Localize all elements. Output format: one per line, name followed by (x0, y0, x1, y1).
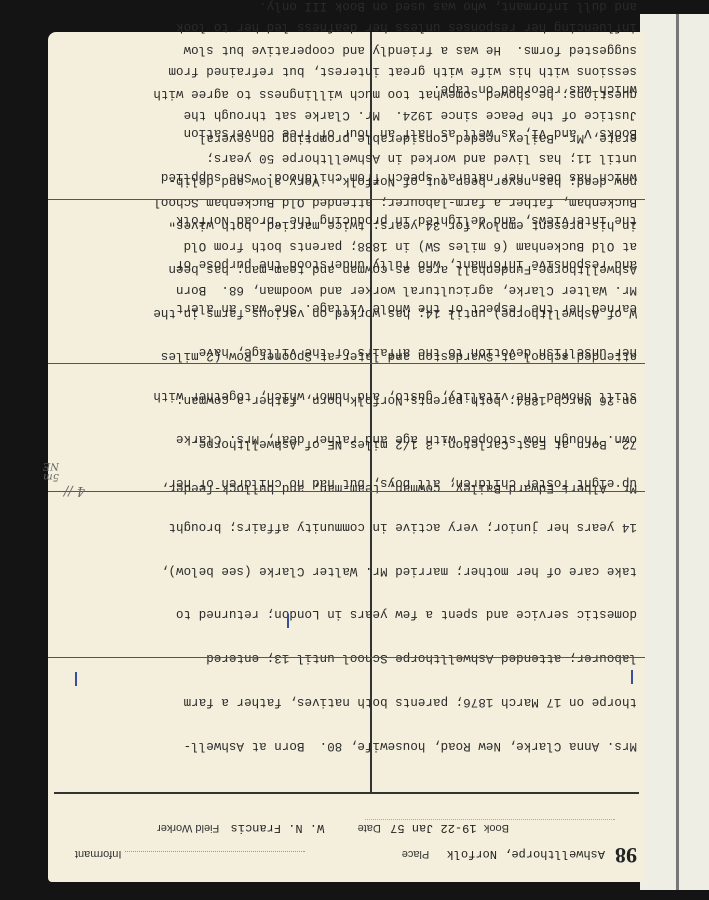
text-line: at Old Buckenham (6 miles SW) in 1888; p… (57, 238, 637, 253)
place-value: Ashwellthorpe, Norfolk (447, 847, 605, 861)
place-row: Ashwellthorpe, Norfolk Place (402, 847, 605, 862)
text-line: Mr. Albert Edward Bailey, cowman, team-m… (57, 480, 637, 495)
place-label: Place (402, 848, 430, 860)
text-line: 72. Born at East Carleton, 3 1/2 miles N… (57, 436, 637, 451)
blue-correction-mark (631, 670, 633, 684)
book-label: Book (484, 822, 509, 834)
field-worker-value: W. N. Francis (231, 821, 325, 835)
card-ruling (48, 657, 645, 658)
text-line: on 26 March 1884; both parents Norfolk b… (57, 393, 637, 408)
text-line: until 11; has lived and worked in Ashwel… (57, 151, 637, 166)
text-line: domestic service and spent a few years i… (57, 607, 637, 622)
card-ruling (48, 199, 645, 200)
informant-paragraph-walter-clarke: Mr. Walter Clarke, agricultural worker a… (57, 0, 637, 326)
underlying-page (640, 14, 709, 890)
card-content-rotated: 98 Ashwellthorpe, Norfolk Place Informan… (48, 32, 645, 882)
index-card: 98 Ashwellthorpe, Norfolk Place Informan… (48, 32, 645, 882)
pencil-mark: 4 // (64, 483, 85, 498)
pencil-note: 5m NE (43, 460, 59, 482)
card-ruling (48, 491, 645, 492)
text-line: thorpe on 17 March 1876; parents both na… (57, 694, 637, 709)
card-number: 98 (615, 842, 637, 868)
header-rule (54, 792, 639, 794)
text-line: Mr. Walter Clarke, agricultural worker a… (57, 282, 637, 297)
informant-label: Informant (75, 848, 121, 860)
text-line: Mrs. Anna Clarke, New Road, housewife, 8… (57, 738, 637, 753)
card-ruling (48, 363, 645, 364)
card-header: 98 Ashwellthorpe, Norfolk Place Informan… (48, 782, 645, 882)
fieldworker-row: Book 19-22 Jan 57 Date W. N. Francis Fie… (157, 821, 509, 836)
text-line: Buckenham, father a farm-labourer; atten… (57, 195, 637, 210)
text-line: sessions with his wife with great intere… (57, 63, 637, 78)
blue-bracket-mark (75, 672, 77, 686)
informant-row: Informant (75, 848, 305, 862)
text-line: take care of her mother; married Mr. Wal… (57, 563, 637, 578)
dotted-rule (365, 819, 615, 820)
date-value: 19-22 Jan 57 (390, 821, 476, 835)
blue-bracket-mark (287, 614, 289, 628)
date-label: Date (358, 822, 381, 834)
text-line: influencing her responses unless her dea… (57, 20, 637, 35)
text-line: Justice of the Peace since 1924. Mr. Cla… (57, 107, 637, 122)
informant-line (125, 851, 305, 852)
page-fold (676, 14, 679, 890)
text-line: attended school at Swardeston and later … (57, 349, 637, 364)
field-worker-label: Field Worker (157, 822, 219, 834)
